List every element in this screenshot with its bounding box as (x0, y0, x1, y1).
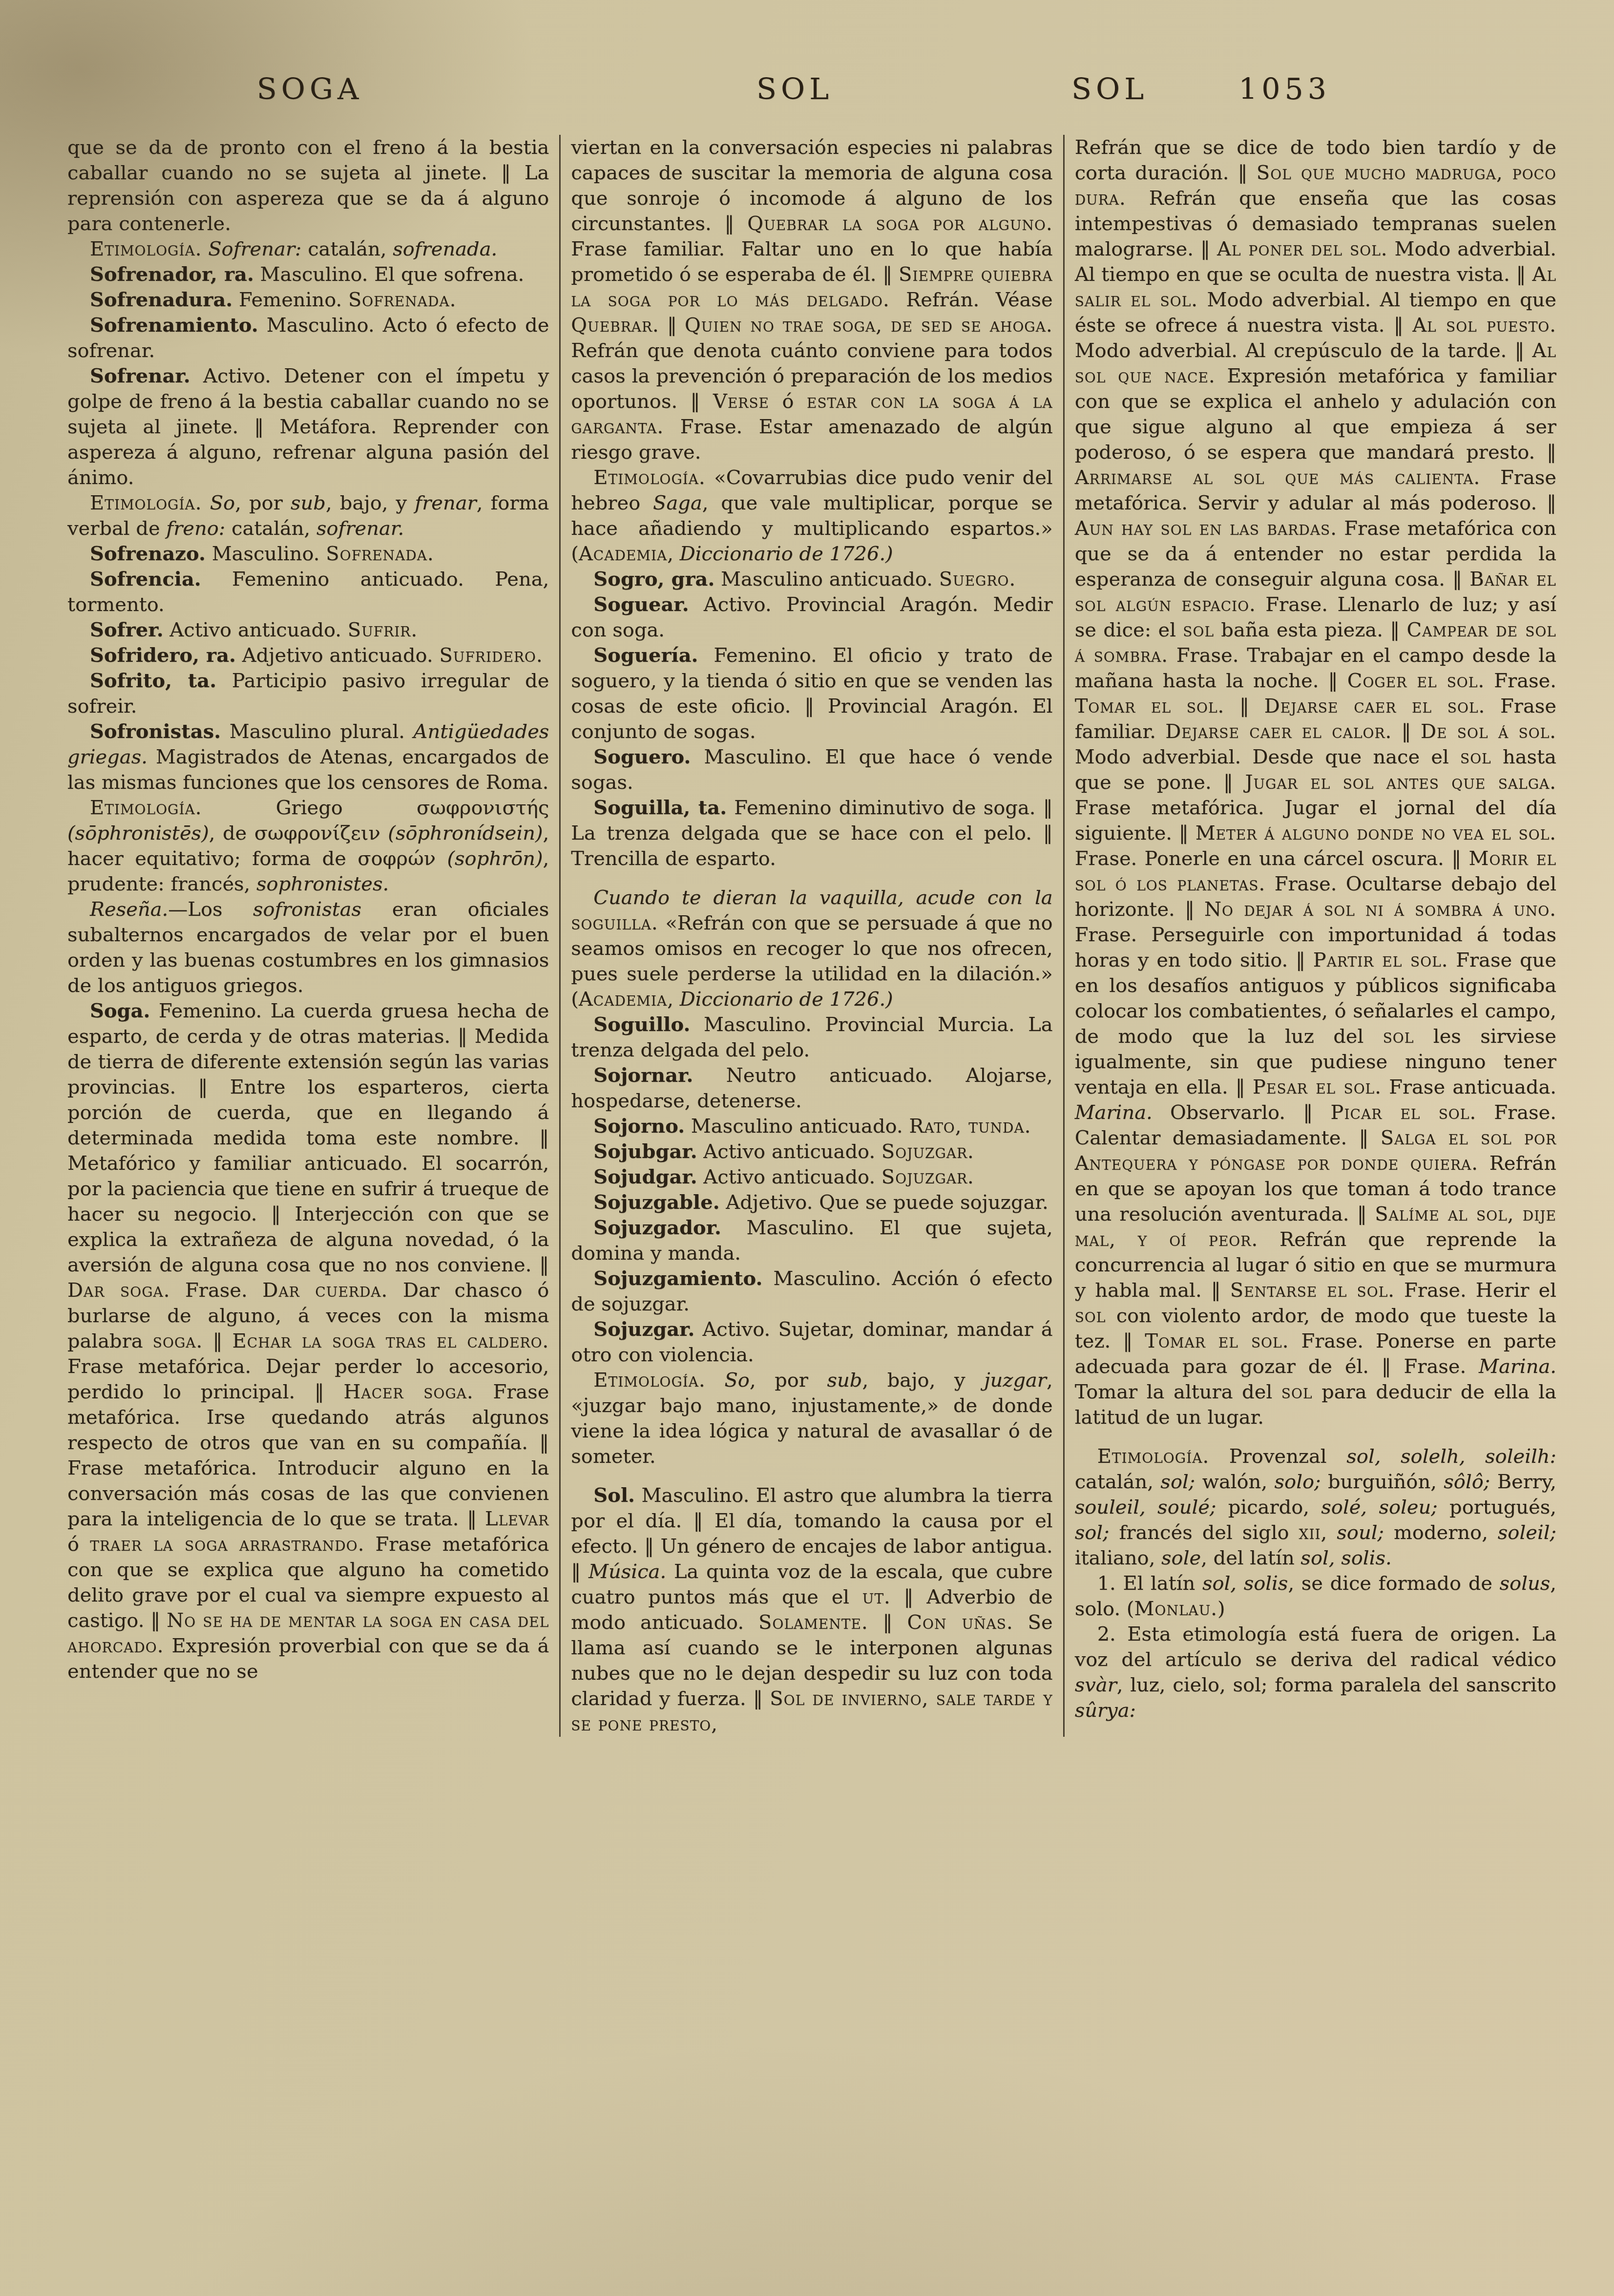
text-run: Echar la soga tras el caldero. (232, 1330, 549, 1352)
dictionary-paragraph: 1. El latín sol, solis, se dice formado … (1075, 1571, 1556, 1622)
dictionary-paragraph: Sojorno. Masculino anticuado. Rato, tund… (571, 1114, 1052, 1139)
text-run: Con uñas. (907, 1611, 1013, 1634)
text-run: ut. (862, 1586, 891, 1608)
text-run: Arrimarse al sol que más calienta. (1075, 466, 1481, 489)
text-run: , se dice formado de (1288, 1572, 1499, 1595)
running-head: SOGA SOL SOL1053 (67, 72, 1556, 106)
headword: Soga. (90, 999, 150, 1022)
text-run: sofrenar. (316, 517, 404, 540)
text-run: (sōphronistēs) (67, 822, 209, 844)
text-run: sol, solelh, soleilh: (1346, 1445, 1556, 1468)
text-run: Etimología. (593, 466, 705, 489)
text-run: Marina. (1075, 1101, 1153, 1124)
text-run: Sufridero. (439, 644, 543, 667)
text-run: Adjetivo. Que se puede sojuzgar. (720, 1191, 1048, 1214)
running-head-right: SOL1053 (1037, 72, 1556, 106)
text-run: sofrenada. (393, 238, 497, 260)
headword: Sofrenador, ra. (90, 263, 254, 286)
text-run: Quebrar. (571, 314, 659, 337)
dictionary-paragraph: Etimología. «Covarrubias dice pudo venir… (571, 465, 1052, 567)
text-run: catalán, (1075, 1471, 1161, 1493)
text-run: So (724, 1369, 749, 1391)
text-run (706, 1369, 725, 1391)
dictionary-paragraph: Sojubgar. Activo anticuado. Sojuzgar. (571, 1139, 1052, 1164)
dictionary-paragraph: Refrán que se dice de todo bien tardío y… (1075, 135, 1556, 1430)
text-run: walón, (1195, 1471, 1274, 1493)
headword: Sofronistas. (90, 720, 221, 743)
headword: Sojuzgamiento. (593, 1267, 762, 1290)
text-run: sol, solis (1202, 1572, 1288, 1595)
text-run: soul; (1337, 1521, 1384, 1544)
dictionary-paragraph: Sogro, gra. Masculino anticuado. Suegro. (571, 567, 1052, 592)
dictionary-paragraph: Sofrenazo. Masculino. Sofrenada. (67, 541, 549, 567)
dictionary-paragraph: Sofrer. Activo anticuado. Sufrir. (67, 617, 549, 643)
text-run: Llevar (485, 1508, 549, 1530)
text-run: Tomar la altura del (1075, 1381, 1281, 1403)
text-columns: que se da de pronto con el freno á la be… (67, 135, 1556, 1737)
dictionary-paragraph: Etimología. Provenzal sol, solelh, solei… (1075, 1444, 1556, 1571)
text-run: , bajo, y (326, 492, 415, 514)
text-run: souleil, soulé; (1075, 1496, 1216, 1518)
text-run: Academia (579, 988, 667, 1011)
text-run: Frase. (1485, 670, 1556, 692)
text-run: Etimología. (90, 492, 202, 514)
dictionary-paragraph: que se da de pronto con el freno á la be… (67, 135, 549, 236)
text-run: sol (1460, 746, 1491, 768)
text-run: No dejar á sol ni á sombra á uno. (1204, 898, 1556, 921)
text-run: Partir el sol. (1313, 949, 1448, 971)
text-run: , (667, 988, 679, 1011)
text-run: Dejarse caer el sol. (1264, 695, 1486, 717)
dictionary-paragraph: Soguilla, ta. Femenino diminutivo de sog… (571, 795, 1052, 871)
text-run: ‖ (868, 1611, 907, 1634)
text-run: Activo anticuado. (697, 1166, 881, 1188)
text-run: Modo adverbial. Desde que nace el (1075, 746, 1460, 768)
text-run: De sol á sol. (1421, 720, 1556, 743)
text-run: sophronistes. (256, 873, 389, 895)
text-run: soguilla. (571, 912, 658, 934)
text-run: italiano, (1075, 1547, 1161, 1569)
text-run: Quien no trae soga, de sed se ahoga. (685, 314, 1053, 337)
headword: Sofrer. (90, 618, 164, 641)
text-run: Refrán. Véase (890, 289, 1053, 311)
text-run: Etimología. (1097, 1445, 1209, 1468)
text-run: Rato, tunda. (909, 1115, 1031, 1137)
column-right: Refrán que se dice de todo bien tardío y… (1075, 135, 1556, 1737)
text-run: juzgar (984, 1369, 1047, 1391)
text-run: , por (235, 492, 291, 514)
text-run: , (1321, 1521, 1337, 1544)
text-run: sol (1383, 1025, 1414, 1048)
text-run: ‖ (1224, 695, 1264, 717)
running-head-left: SOGA (67, 72, 552, 106)
dictionary-paragraph: Etimología. Sofrenar: catalán, sofrenada… (67, 236, 549, 262)
text-run: Diccionario de 1726.) (680, 988, 893, 1011)
text-run: sol (1281, 1381, 1313, 1403)
text-run: —Los (168, 898, 253, 921)
headword: Sojorno. (593, 1115, 685, 1137)
text-run: Meter á alguno donde no vea el sol. (1195, 822, 1556, 844)
dictionary-paragraph: Sofrenador, ra. Masculino. El que sofren… (67, 262, 549, 287)
text-run: , (667, 543, 679, 565)
text-run: sol; (1075, 1521, 1110, 1544)
text-run: sub (291, 492, 326, 514)
dictionary-paragraph: 2. Esta etimología está fuera de origen.… (1075, 1622, 1556, 1723)
text-run: Suegro. (939, 568, 1016, 590)
text-run: Tomar el sol. (1145, 1330, 1289, 1352)
text-run: Quebrar la soga por alguno. (747, 212, 1052, 235)
text-run: Dar soga. (67, 1279, 170, 1302)
dictionary-paragraph: Sofrenadura. Femenino. Sofrenada. (67, 287, 549, 313)
headword: Sofridero, ra. (90, 644, 236, 667)
dictionary-paragraph: Sofrenamiento. Masculino. Acto ó efecto … (67, 313, 549, 363)
dictionary-paragraph: Soguería. Femenino. El oficio y trato de… (571, 643, 1052, 744)
dictionary-paragraph: Etimología. So, por sub, bajo, y frenar,… (67, 490, 549, 541)
headword: Sojuzgable. (593, 1191, 719, 1214)
text-run: Berry, (1490, 1471, 1556, 1493)
text-run: Tomar el sol. (1075, 695, 1225, 717)
text-run: (sōphronídsein) (388, 822, 543, 844)
text-run: Marina. (1479, 1355, 1556, 1378)
headword: Sofrencia. (90, 568, 201, 590)
dictionary-paragraph: Etimología. So, por sub, bajo, y juzgar,… (571, 1368, 1052, 1469)
text-run: ) (1217, 1598, 1225, 1620)
text-run: Adjetivo anticuado. (236, 644, 439, 667)
text-run: Etimología. (593, 1369, 705, 1391)
headword: Sojuzgador. (593, 1216, 721, 1239)
headword: Soguear. (593, 593, 689, 616)
text-run: Al sol puesto. (1412, 314, 1556, 337)
headword: Sofrenadura. (90, 288, 232, 311)
dictionary-paragraph: Sofridero, ra. Adjetivo anticuado. Sufri… (67, 643, 549, 668)
column-left: que se da de pronto con el freno á la be… (67, 135, 549, 1737)
text-run: , luz, cielo, sol; forma paralela del sa… (1117, 1674, 1556, 1696)
text-run: solo; (1275, 1471, 1321, 1493)
text-run: Aun hay sol en las bardas. (1075, 517, 1337, 540)
running-head-center: SOL (552, 72, 1037, 106)
column-middle: viertan en la conversación especies ni p… (571, 135, 1052, 1737)
column-rule-1 (559, 135, 561, 1737)
text-run: sole (1161, 1547, 1201, 1569)
text-run: Cuando te dieran la vaquilla, acude con … (593, 886, 1052, 909)
text-run: Sufrir. (348, 619, 418, 641)
column-rule-2 (1063, 135, 1065, 1737)
text-run: sôlô; (1444, 1471, 1490, 1493)
headword: Sofrenamiento. (90, 314, 258, 337)
dictionary-paragraph: Soguero. Masculino. El que hace ó vende … (571, 744, 1052, 795)
text-run: francés del siglo (1110, 1521, 1299, 1544)
text-run: Academia (579, 543, 667, 565)
headword: Sofrenazo. (90, 542, 206, 565)
text-run: (sophrōn) (447, 847, 543, 870)
text-run: sub (827, 1369, 862, 1391)
text-run: Femenino. La cuerda gruesa hecha de espa… (67, 1000, 549, 1276)
text-run: ó (67, 1533, 90, 1556)
dictionary-paragraph: Reseña.—Los sofronistas eran oficiales s… (67, 897, 549, 998)
text-run: Frase. Ponerle en una cárcel oscura. ‖ (1075, 847, 1469, 870)
text-run: So (210, 492, 235, 514)
text-run: Diccionario de 1726.) (680, 543, 893, 565)
text-run: Solamente. (758, 1611, 868, 1634)
text-run: soga. (153, 1330, 203, 1352)
text-run: Femenino. (232, 289, 348, 311)
text-run: Sentarse el sol. (1230, 1279, 1395, 1302)
dictionary-paragraph: Sofrito, ta. Participio pasivo irregular… (67, 668, 549, 719)
text-run: que se da de pronto con el freno á la be… (67, 136, 549, 235)
text-run: Masculino plural. (221, 720, 413, 743)
dictionary-paragraph: viertan en la conversación especies ni p… (571, 135, 1052, 465)
text-run: 2. Esta etimología está fuera de origen.… (1075, 1623, 1556, 1671)
text-run: baña esta pieza. ‖ (1214, 619, 1407, 641)
text-run: Hacer soga. (344, 1381, 474, 1403)
text-run: Modo adverbial. Al crepúsculo de la tard… (1075, 339, 1532, 362)
text-run: Música. (588, 1560, 666, 1583)
text-run: Frase. Herir el (1395, 1279, 1556, 1302)
text-run: sûrya: (1075, 1699, 1136, 1722)
headword: Sofrito, ta. (90, 669, 216, 692)
text-run: Masculino anticuado. (685, 1115, 909, 1137)
text-run: , del latín (1201, 1547, 1300, 1569)
text-run: svàr (1075, 1674, 1117, 1696)
page-sheet: SOGA SOL SOL1053 que se da de pronto con… (0, 0, 1614, 1737)
text-run: solus (1500, 1572, 1551, 1595)
text-run: , de σωφρονίζειν (209, 822, 388, 844)
dictionary-paragraph: Cuando te dieran la vaquilla, acude con … (571, 885, 1052, 1012)
text-run: soleil; (1498, 1521, 1556, 1544)
headword: Soguillo. (593, 1013, 690, 1036)
text-run: sol, solis. (1300, 1547, 1391, 1569)
text-run: sol; (1160, 1471, 1195, 1493)
text-run: ‖ (1392, 720, 1421, 743)
dictionary-paragraph: Soguear. Activo. Provincial Aragón. Medi… (571, 592, 1052, 643)
dictionary-paragraph: Sojuzgable. Adjetivo. Que se puede sojuz… (571, 1190, 1052, 1215)
text-run: ó (769, 390, 807, 413)
dictionary-paragraph: Sofronistas. Masculino plural. Antigüeda… (67, 719, 549, 795)
text-run: Observarlo. ‖ (1153, 1101, 1331, 1124)
text-run: Reseña. (90, 898, 168, 921)
dictionary-paragraph: Sojuzgar. Activo. Sujetar, dominar, mand… (571, 1317, 1052, 1368)
text-run: ‖ (659, 314, 685, 337)
text-run: Frase anticuada. (1382, 1076, 1556, 1098)
text-run: xii (1299, 1521, 1321, 1544)
page-number: 1053 (1238, 72, 1331, 106)
text-run: sol (1183, 619, 1214, 641)
text-run: Coger el sol. (1347, 670, 1485, 692)
text-run: frenar (415, 492, 476, 514)
dictionary-paragraph: Sojudgar. Activo anticuado. Sojuzgar. (571, 1164, 1052, 1190)
dictionary-paragraph: Sojornar. Neutro anticuado. Alojarse, ho… (571, 1063, 1052, 1114)
headword: Sojudgar. (593, 1165, 697, 1188)
text-run: Etimología. (90, 238, 202, 260)
dictionary-paragraph: Etimología. Griego σωφρονιστής (sōphroni… (67, 795, 549, 897)
text-run: picardo, (1216, 1496, 1321, 1518)
dictionary-paragraph: Sojuzgador. Masculino. El que sujeta, do… (571, 1215, 1052, 1266)
text-run: moderno, (1384, 1521, 1498, 1544)
dictionary-paragraph: Sofrenar. Activo. Detener con el ímpetu … (67, 363, 549, 490)
text-run: Al poner del sol. (1217, 238, 1387, 260)
dictionary-paragraph: Soga. Femenino. La cuerda gruesa hecha d… (67, 998, 549, 1684)
text-run: burguiñón, (1321, 1471, 1444, 1493)
headword: Sogro, gra. (593, 568, 714, 590)
text-run: Frase. (170, 1279, 262, 1302)
text-run: Sofrenar: (208, 238, 301, 260)
text-run: Saga (653, 492, 702, 514)
running-head-right-word: SOL (1071, 72, 1148, 106)
dictionary-paragraph: Sofrencia. Femenino anticuado. Pena, tor… (67, 567, 549, 617)
text-run: Etimología. (90, 797, 202, 819)
text-run: , bajo, y (862, 1369, 984, 1391)
text-run: Sofrenada. (348, 289, 456, 311)
text-run: catalán, (302, 238, 393, 260)
text-run: solé, soleu; (1321, 1496, 1437, 1518)
text-run: sol (1075, 1305, 1106, 1327)
text-run (202, 492, 210, 514)
text-run: Sojuzgar. (881, 1166, 974, 1188)
text-run: Provenzal (1209, 1445, 1346, 1468)
text-run: Dejarse caer el calor. (1165, 720, 1392, 743)
text-run: Activo anticuado. (697, 1140, 881, 1163)
text-run: Activo anticuado. (164, 619, 348, 641)
text-run: Sojuzgar. (881, 1140, 974, 1163)
text-run: Monlau. (1134, 1598, 1217, 1620)
text-run: Picar el sol. (1331, 1101, 1477, 1124)
text-run: portugués, (1438, 1496, 1556, 1518)
text-run: freno: (166, 517, 225, 540)
text-run: Masculino. (206, 543, 326, 565)
text-run: Jugar el sol antes que salga. (1245, 771, 1556, 794)
headword: Soguería. (593, 644, 698, 667)
dictionary-paragraph: Sol. Masculino. El astro que alumbra la … (571, 1483, 1052, 1737)
text-run: Pesar el sol. (1253, 1076, 1382, 1098)
headword: Sol. (593, 1484, 635, 1507)
dictionary-paragraph: Sojuzgamiento. Masculino. Acción ó efect… (571, 1266, 1052, 1317)
text-run: , por (750, 1369, 827, 1391)
headword: Sofrenar. (90, 364, 190, 387)
headword: Soguilla, ta. (593, 796, 727, 819)
text-run: catalán, (225, 517, 316, 540)
dictionary-page-scan: SOGA SOL SOL1053 que se da de pronto con… (0, 0, 1614, 2296)
text-run (202, 238, 208, 260)
text-run: 1. El latín (1097, 1572, 1202, 1595)
text-run: traer la soga arrastrando. (90, 1533, 364, 1556)
text-run: Sofrenada. (326, 543, 434, 565)
text-run: Griego σωφρονιστής (202, 797, 549, 819)
text-run: Masculino. El que sofrena. (254, 263, 524, 286)
text-run: Verse (713, 390, 769, 413)
text-run: Masculino anticuado. (714, 568, 939, 590)
text-run: ‖ (203, 1330, 232, 1352)
text-run: Dar cuerda. (262, 1279, 388, 1302)
headword: Soguero. (593, 745, 691, 768)
headword: Sojornar. (593, 1064, 693, 1087)
headword: Sojuzgar. (593, 1318, 694, 1341)
dictionary-paragraph: Soguillo. Masculino. Provincial Murcia. … (571, 1012, 1052, 1063)
text-run: sofronistas (253, 898, 361, 921)
headword: Sojubgar. (593, 1140, 697, 1163)
